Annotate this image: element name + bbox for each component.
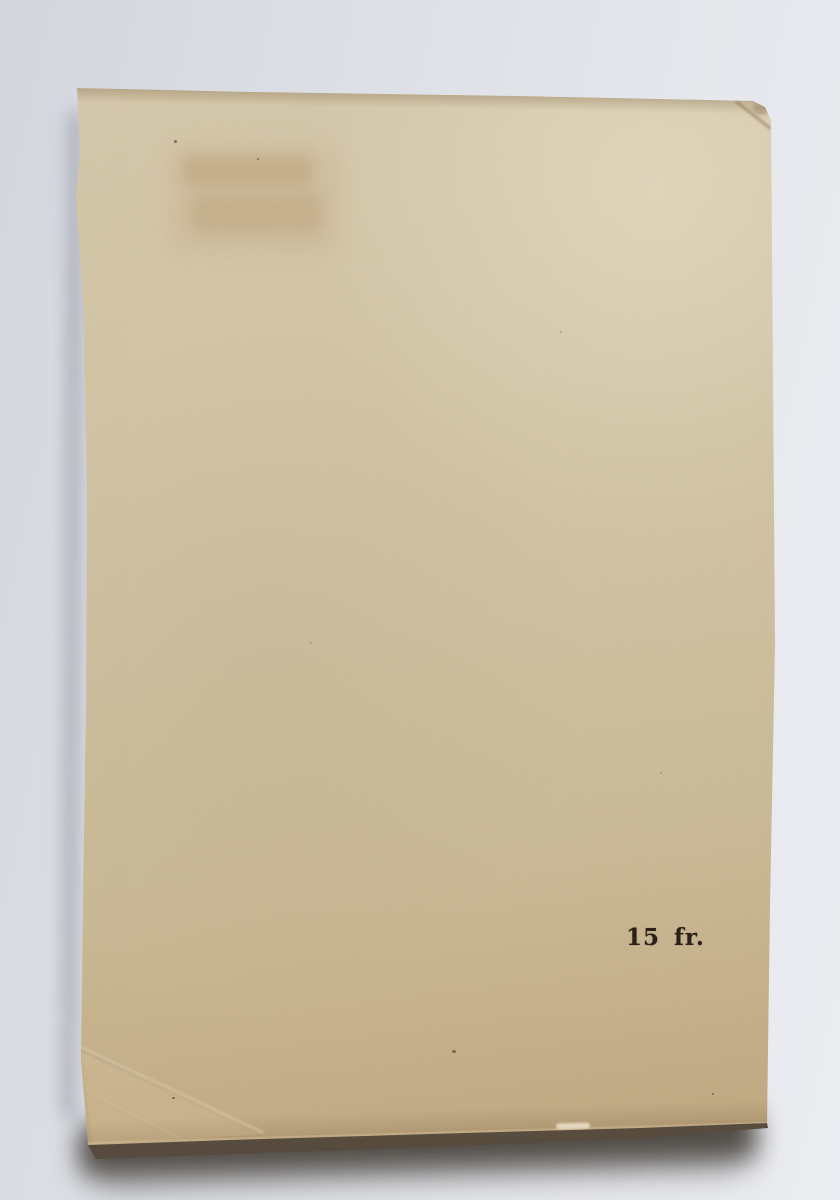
paper-grain-texture <box>0 0 840 1200</box>
paper-speck <box>174 140 177 143</box>
book-back-cover: 15 fr. <box>0 0 840 1200</box>
edge-wear-chip <box>556 1123 590 1130</box>
paper-speck <box>452 1050 456 1053</box>
paper-speck <box>257 158 259 160</box>
paper-speck <box>660 772 662 774</box>
photo-of-book: 15 fr. <box>0 0 840 1200</box>
paper-speck <box>172 1097 175 1099</box>
cast-shadow-left <box>60 112 83 1117</box>
ink-ghost-stain-line-2 <box>190 194 322 232</box>
ink-ghost-stain-line-1 <box>183 156 311 186</box>
paper-speck <box>310 642 312 644</box>
price-label: 15 fr. <box>626 924 705 951</box>
paper-speck <box>712 1093 714 1095</box>
paper-speck <box>560 331 562 333</box>
fold-shadow-top-right <box>752 103 770 115</box>
